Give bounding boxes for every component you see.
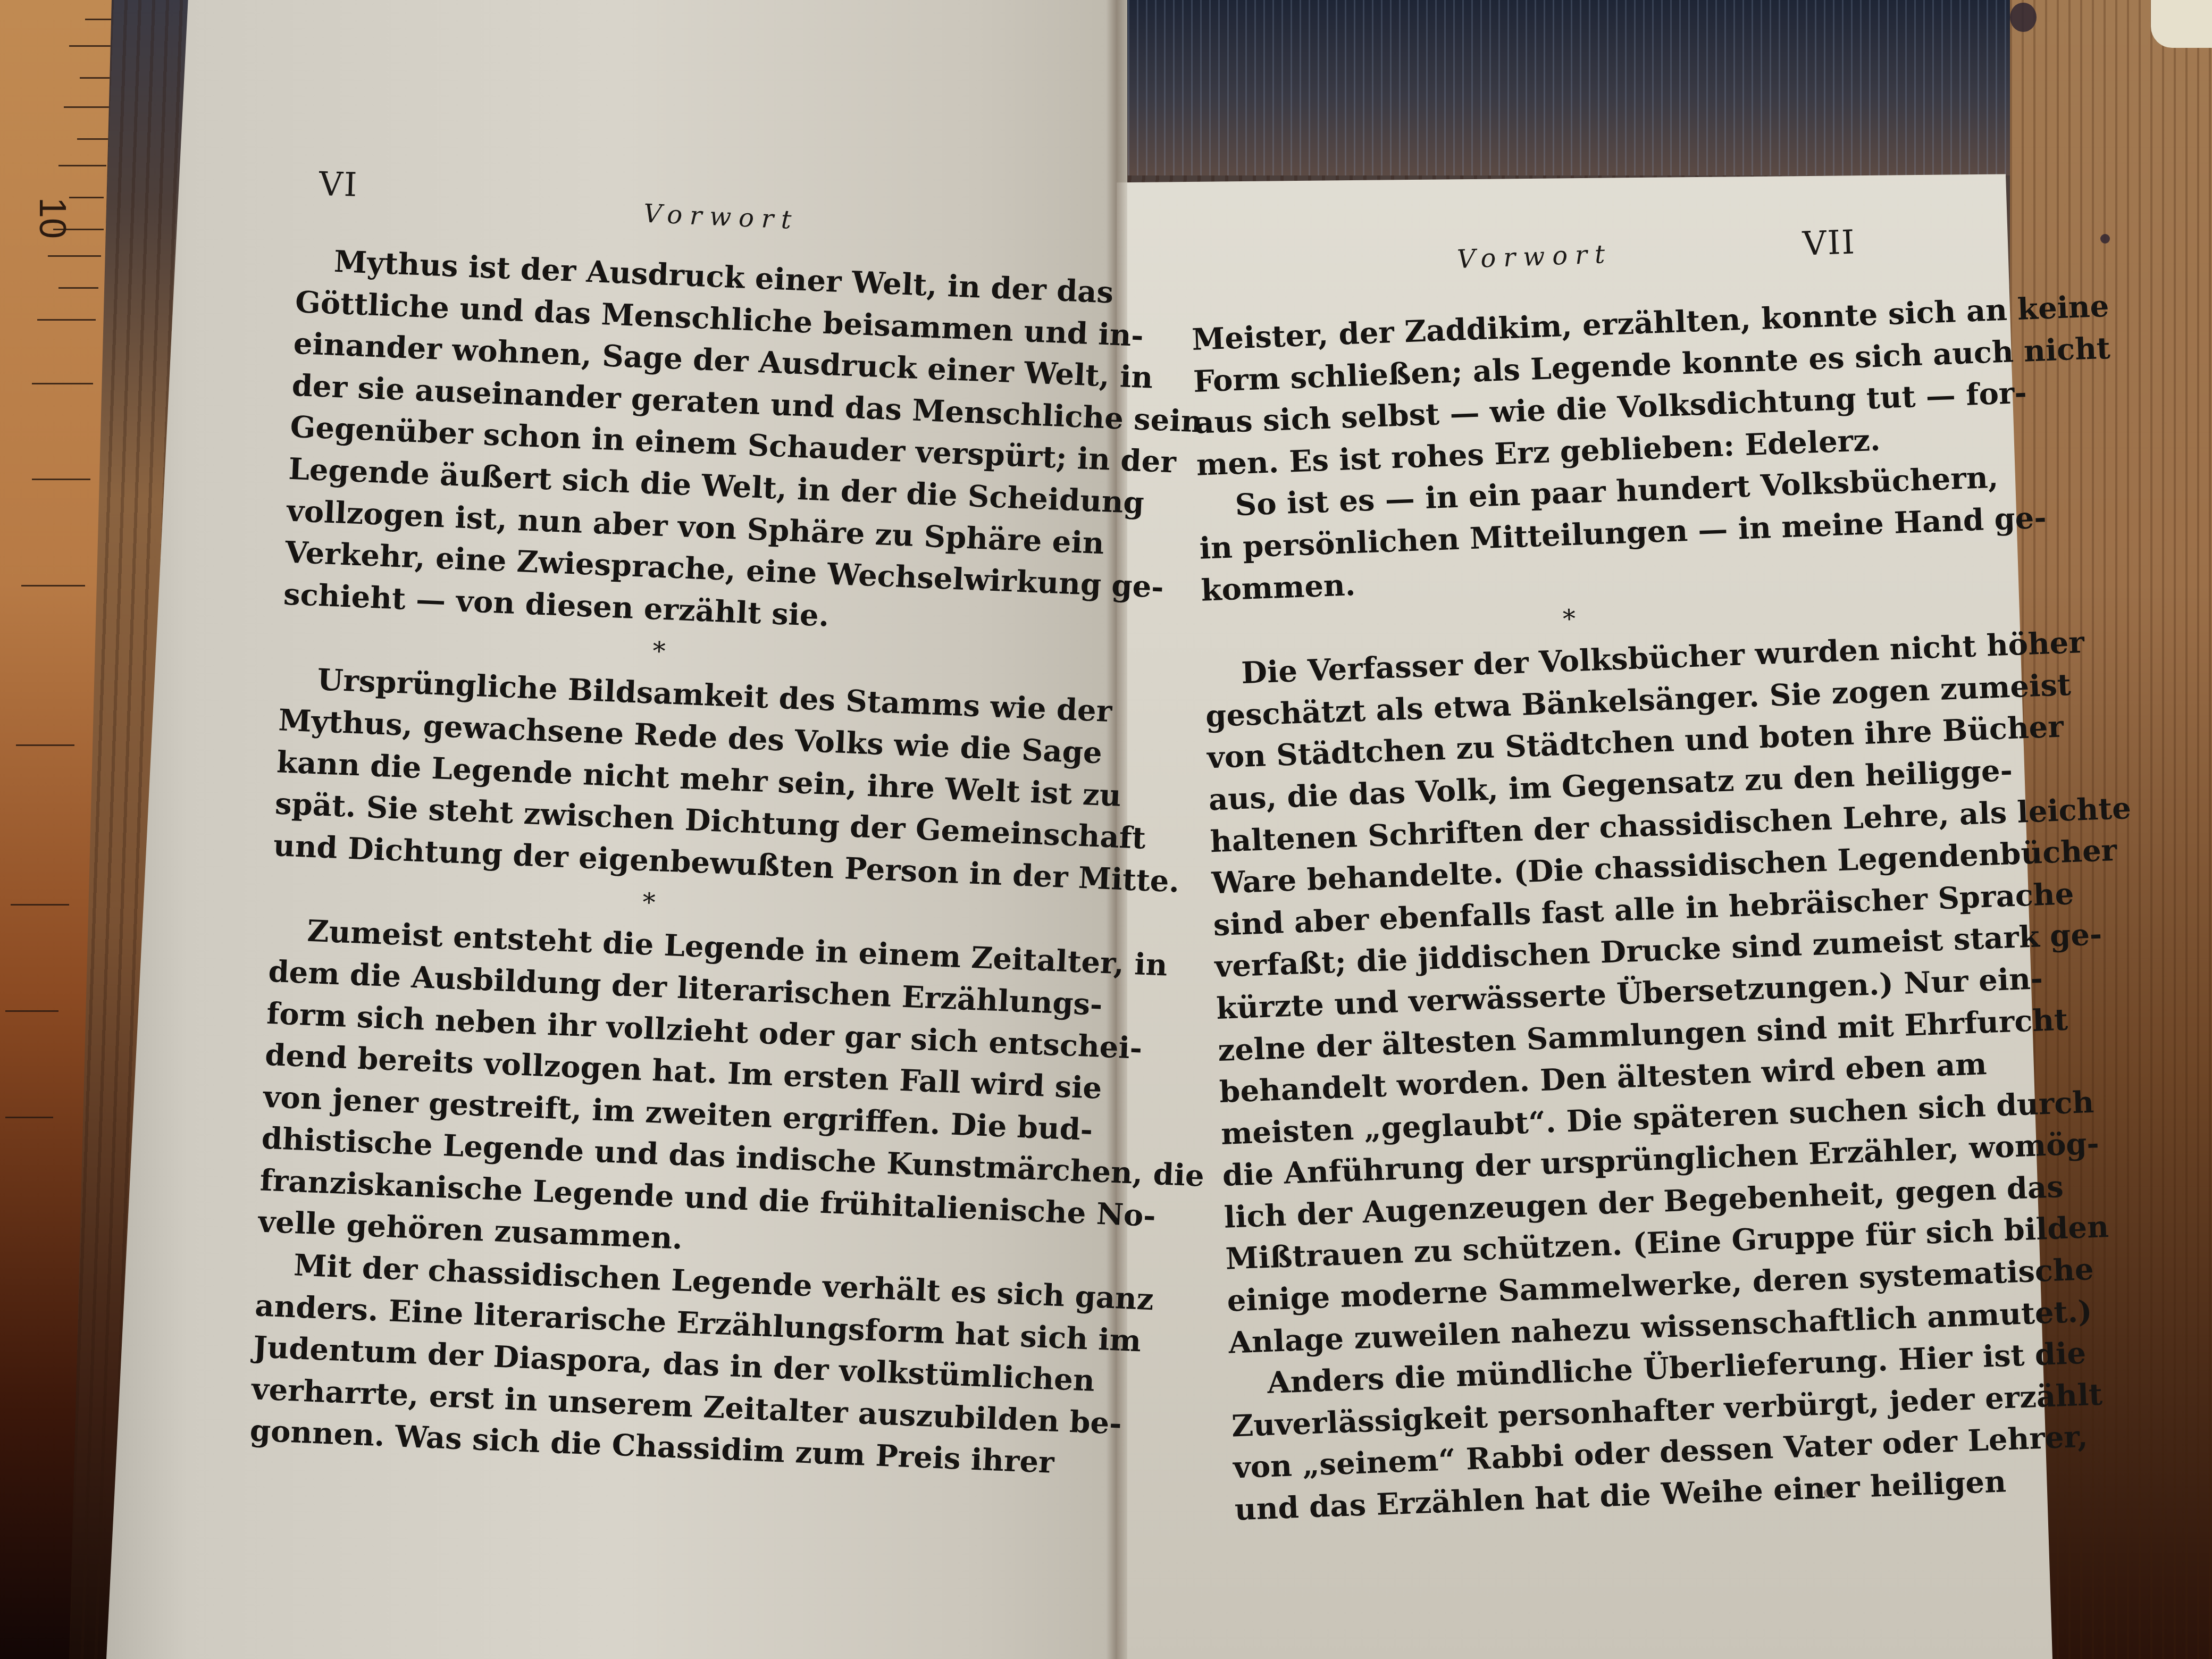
right-page-text: Meister, der Zaddikim, erzählten, konnte…: [1191, 292, 1969, 1531]
page-number-right: VII: [1802, 222, 1856, 263]
wooden-table-top-grain: [1010, 0, 2010, 175]
ruler-number: 10: [31, 197, 74, 239]
paper-scrap: [2151, 0, 2212, 48]
running-head-right: Vorwort: [1456, 239, 1613, 274]
left-page-text: Mythus ist der Ausdruck einer Welt, in d…: [249, 239, 1052, 1482]
page-number-left: VI: [319, 164, 358, 204]
